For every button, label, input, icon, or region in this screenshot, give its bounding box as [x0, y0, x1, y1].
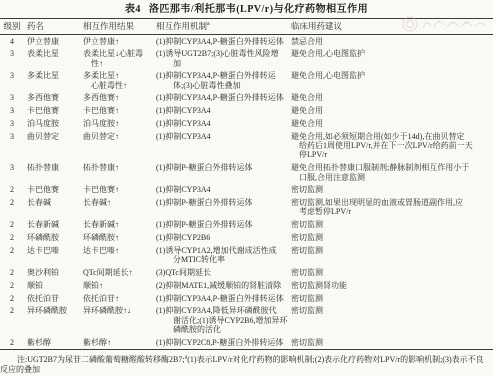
- cell-mechanism: (1)抑制CYP3A4,P-糖蛋白外排转运 体;(3)心脏毒性叠加: [153, 69, 288, 91]
- table-row: 2长春新碱长春新碱↑(1)抑制P-糖蛋白外排转运体密切监测: [0, 218, 493, 231]
- cell-mechanism: (1)抑制CYP2C8,P-糖蛋白外排转运体: [153, 336, 288, 349]
- cell-drug-name: 依托泊苷: [24, 292, 80, 305]
- cell-drug-name: 泊马度胺: [24, 117, 80, 130]
- cell-mechanism: (1)诱导UGT2B7;(3)心脏毒性风险增 加: [153, 47, 288, 69]
- cell-mechanism: (1)抑制CYP3A4: [153, 104, 288, 117]
- cell-interaction-result: 长春新碱↑: [80, 218, 153, 231]
- cell-mechanism: (1)抑制P-糖蛋白外排转运体: [153, 196, 288, 218]
- col-header-mechanism-label: 相互作用机制: [156, 21, 207, 31]
- cell-clinical-advice: 避免合用拓扑替康口服制剂;静脉制剂相互作用小于 口服,合用注意监测: [288, 161, 493, 183]
- cell-level: 2: [0, 336, 24, 349]
- table-row: 4伊立替康伊立替康↑(1)抑制CYP3A4,P-糖蛋白外排转运体禁忌合用: [0, 34, 493, 47]
- cell-interaction-result: QTc间期延长↑: [80, 266, 153, 279]
- cell-drug-name: 表柔比星: [24, 47, 80, 69]
- cell-clinical-advice: 密切监测: [288, 336, 493, 349]
- cell-clinical-advice: 避免合用: [288, 104, 493, 117]
- table-number: 表4: [125, 4, 141, 15]
- header-row: 级别 药名 相互作用结果 相互作用机制a 临床用药建议: [0, 19, 493, 35]
- cell-interaction-result: 拓扑替康↑: [80, 161, 153, 183]
- cell-level: 3: [0, 104, 24, 117]
- table-title-text: 洛匹那韦/利托那韦(LPV/r)与化疗药物相互作用: [149, 4, 368, 15]
- cell-drug-name: 长春新碱: [24, 218, 80, 231]
- table-row: 3曲贝替定曲贝替定↑(1)抑制CYP3A4避免合用,如必须短期合用(如少于14d…: [0, 130, 493, 161]
- cell-clinical-advice: 避免合用,如必须短期合用(如少于14d),在曲贝替定 给药后1周使用LPV/r,…: [288, 130, 493, 161]
- table-row: 3多柔比星多柔比星↑ 心脏毒性↑(1)抑制CYP3A4,P-糖蛋白外排转运 体;…: [0, 69, 493, 91]
- cell-drug-name: 达卡巴嗪: [24, 244, 80, 266]
- cell-mechanism: (1)诱导CYP1A2,增加代谢成活性成 分MTIC转化率: [153, 244, 288, 266]
- cell-interaction-result: 多西他赛↑: [80, 91, 153, 104]
- cell-clinical-advice: 密切监测: [288, 231, 493, 244]
- cell-level: 2: [0, 304, 24, 335]
- cell-level: 3: [0, 69, 24, 91]
- cell-drug-name: 卡巴他赛: [24, 104, 80, 117]
- cell-clinical-advice: 禁忌合用: [288, 34, 493, 47]
- cell-clinical-advice: 密切监测: [288, 292, 493, 305]
- cell-clinical-advice: 密切监测,如果出现明显的血液或胃肠道副作用,应 考虑暂停LPV/r: [288, 196, 493, 218]
- cell-mechanism: (1)抑制CYP3A4,降低异环磷酰胺代 谢活化;(1)诱导CYP2B6,增加异…: [153, 304, 288, 335]
- table-row: 2紫杉醇紫杉醇↑(1)抑制CYP2C8,P-糖蛋白外排转运体密切监测: [0, 336, 493, 349]
- cell-interaction-result: 泊马度胺↑: [80, 117, 153, 130]
- cell-clinical-advice: 密切监测: [288, 266, 493, 279]
- cell-interaction-result: 表柔比星↓心脏毒 性↑: [80, 47, 153, 69]
- col-header-mechanism: 相互作用机制a: [153, 19, 288, 35]
- col-header-level: 级别: [0, 19, 24, 35]
- table-row: 3卡巴他赛卡巴他赛↑(1)抑制CYP3A4避免合用: [0, 104, 493, 117]
- cell-drug-name: 奥沙利铂: [24, 266, 80, 279]
- cell-interaction-result: 顺铂↑: [80, 279, 153, 292]
- cell-mechanism: (1)抑制CYP3A4: [153, 117, 288, 130]
- table-row: 2顺铂顺铂↑(2)抑制MATE1,减缓顺铂的肾脏清除密切监测肾功能: [0, 279, 493, 292]
- cell-clinical-advice: 密切监测: [288, 218, 493, 231]
- cell-level: 2: [0, 231, 24, 244]
- cell-interaction-result: 依托泊苷↑: [80, 292, 153, 305]
- cell-interaction-result: 卡巴他赛↑: [80, 104, 153, 117]
- cell-clinical-advice: 密切监测肾功能: [288, 279, 493, 292]
- cell-interaction-result: 伊立替康↑: [80, 34, 153, 47]
- table-row: 2异环磷酰胺异环磷酰胺↑↓(1)抑制CYP3A4,降低异环磷酰胺代 谢活化;(1…: [0, 304, 493, 335]
- cell-level: 2: [0, 244, 24, 266]
- cell-clinical-advice: 避免合用: [288, 117, 493, 130]
- scanned-journal-page: 表4洛匹那韦/利托那韦(LPV/r)与化疗药物相互作用 级别 药名 相互作用结果…: [0, 0, 493, 376]
- col-header-advice: 临床用药建议: [288, 19, 493, 35]
- cell-mechanism: (1)抑制P-糖蛋白外排转运体: [153, 161, 288, 183]
- table-row: 2达卡巴嗪达卡巴嗪↑(1)诱导CYP1A2,增加代谢成活性成 分MTIC转化率密…: [0, 244, 493, 266]
- cell-clinical-advice: 密切监测: [288, 183, 493, 196]
- cell-drug-name: 拓扑替康: [24, 161, 80, 183]
- cell-mechanism: (1)抑制CYP3A4,P-糖蛋白外排转运体: [153, 292, 288, 305]
- table-footnote: 注:UGT2B7为尿苷二磷酸葡萄糖醛酸转移酶2B7;a(1)表示LPV/r对化疗…: [0, 355, 493, 376]
- cell-mechanism: (1)抑制CYP3A4,P-糖蛋白外排转运体: [153, 91, 288, 104]
- cell-level: 3: [0, 91, 24, 104]
- cell-interaction-result: 环磷酰胺↑: [80, 231, 153, 244]
- cell-interaction-result: 长春碱↑: [80, 196, 153, 218]
- cell-drug-name: 顺铂: [24, 279, 80, 292]
- cell-level: 2: [0, 279, 24, 292]
- table-row: 3泊马度胺泊马度胺↑(1)抑制CYP3A4避免合用: [0, 117, 493, 130]
- cell-level: 4: [0, 34, 24, 47]
- table-title: 表4洛匹那韦/利托那韦(LPV/r)与化疗药物相互作用: [0, 0, 493, 16]
- cell-clinical-advice: 密切监测: [288, 244, 493, 266]
- cell-level: 2: [0, 196, 24, 218]
- cell-clinical-advice: 避免合用,心电图监护: [288, 47, 493, 69]
- cell-mechanism: (1)抑制CYP3A4,P-糖蛋白外排转运体: [153, 34, 288, 47]
- cell-level: 2: [0, 183, 24, 196]
- cell-level: 2: [0, 266, 24, 279]
- cell-drug-name: 伊立替康: [24, 34, 80, 47]
- cell-drug-name: 卡巴他赛: [24, 183, 80, 196]
- col-header-result: 相互作用结果: [80, 19, 153, 35]
- table-row: 3拓扑替康拓扑替康↑(1)抑制P-糖蛋白外排转运体避免合用拓扑替康口服制剂;静脉…: [0, 161, 493, 183]
- cell-clinical-advice: 密切监测: [288, 304, 493, 335]
- col-header-drug: 药名: [24, 19, 80, 35]
- cell-level: 2: [0, 218, 24, 231]
- cell-level: 3: [0, 117, 24, 130]
- table-row: 2奥沙利铂QTc间期延长↑(3)QTc间期延长密切监测: [0, 266, 493, 279]
- cell-mechanism: (2)抑制MATE1,减缓顺铂的肾脏清除: [153, 279, 288, 292]
- table-row: 2卡巴他赛卡巴他赛↑(1)抑制CYP3A4密切监测: [0, 183, 493, 196]
- cell-mechanism: (1)抑制CYP3A4: [153, 183, 288, 196]
- cell-drug-name: 异环磷酰胺: [24, 304, 80, 335]
- cell-mechanism: (1)抑制CYP2B6: [153, 231, 288, 244]
- cell-mechanism: (3)QTc间期延长: [153, 266, 288, 279]
- table-row: 3表柔比星表柔比星↓心脏毒 性↑(1)诱导UGT2B7;(3)心脏毒性风险增 加…: [0, 47, 493, 69]
- cell-interaction-result: 卡巴他赛↑: [80, 183, 153, 196]
- table-row: 3多西他赛多西他赛↑(1)抑制CYP3A4,P-糖蛋白外排转运体避免合用: [0, 91, 493, 104]
- table-row: 2依托泊苷依托泊苷↑(1)抑制CYP3A4,P-糖蛋白外排转运体密切监测: [0, 292, 493, 305]
- cell-interaction-result: 达卡巴嗪↑: [80, 244, 153, 266]
- cell-clinical-advice: 避免合用,心电图监护: [288, 69, 493, 91]
- cell-drug-name: 曲贝替定: [24, 130, 80, 161]
- cell-drug-name: 紫杉醇: [24, 336, 80, 349]
- mechanism-footnote-marker: a: [207, 21, 210, 27]
- cell-drug-name: 多柔比星: [24, 69, 80, 91]
- cell-level: 3: [0, 130, 24, 161]
- cell-level: 3: [0, 47, 24, 69]
- cell-mechanism: (1)抑制P-糖蛋白外排转运体: [153, 218, 288, 231]
- cell-level: 3: [0, 161, 24, 183]
- cell-drug-name: 多西他赛: [24, 91, 80, 104]
- cell-clinical-advice: 避免合用: [288, 91, 493, 104]
- table-row: 2环磷酰胺环磷酰胺↑(1)抑制CYP2B6密切监测: [0, 231, 493, 244]
- cell-drug-name: 环磷酰胺: [24, 231, 80, 244]
- cell-level: 2: [0, 292, 24, 305]
- cell-mechanism: (1)抑制CYP3A4: [153, 130, 288, 161]
- cell-interaction-result: 紫杉醇↑: [80, 336, 153, 349]
- table-row: 2长春碱长春碱↑(1)抑制P-糖蛋白外排转运体密切监测,如果出现明显的血液或胃肠…: [0, 196, 493, 218]
- cell-drug-name: 长春碱: [24, 196, 80, 218]
- cell-interaction-result: 异环磷酰胺↑↓: [80, 304, 153, 335]
- drug-interaction-table: 级别 药名 相互作用结果 相互作用机制a 临床用药建议 4伊立替康伊立替康↑(1…: [0, 18, 493, 350]
- cell-interaction-result: 多柔比星↑ 心脏毒性↑: [80, 69, 153, 91]
- cell-interaction-result: 曲贝替定↑: [80, 130, 153, 161]
- footnote-prefix: 注:UGT2B7为尿苷二磷酸葡萄糖醛酸转移酶2B7;: [17, 355, 185, 364]
